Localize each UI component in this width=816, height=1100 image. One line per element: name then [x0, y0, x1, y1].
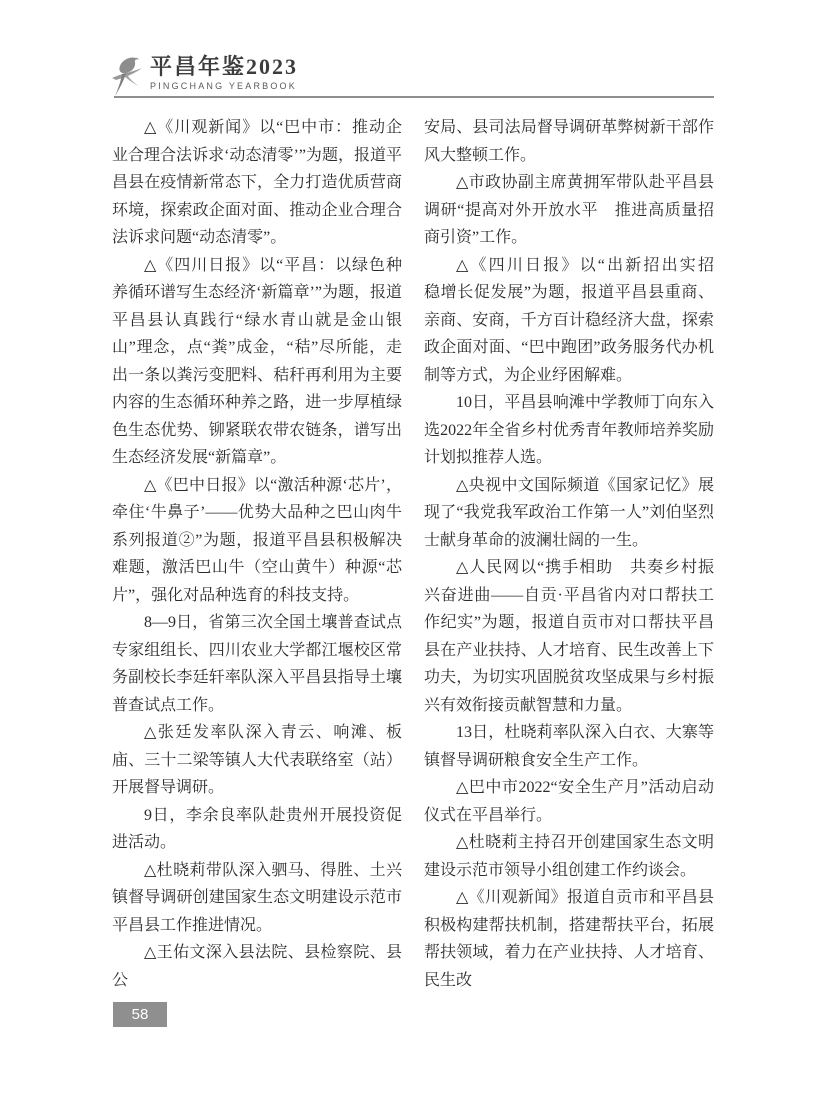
paragraph: △《川观新闻》以“巴中市：推动企业合理合法诉求‘动态清零’”为题，报道平昌县在疫… — [112, 114, 402, 252]
paragraph: △杜晓莉主持召开创建国家生态文明建设示范市领导小组创建工作约谈会。 — [424, 829, 714, 884]
title-block: 平昌年鉴2023 PINGCHANG YEARBOOK — [150, 54, 298, 91]
paragraph: 13日，杜晓莉率队深入白衣、大寨等镇督导调研粮食安全生产工作。 — [424, 719, 714, 774]
paragraph: △王佑文深入县法院、县检察院、县公 — [112, 939, 402, 994]
paragraph: △《四川日报》以“出新招出实招 稳增长促发展”为题，报道平昌县重商、亲商、安商，… — [424, 252, 714, 390]
yearbook-subtitle: PINGCHANG YEARBOOK — [150, 81, 298, 91]
paragraph: △《川观新闻》报道自贡市和平昌县积极构建帮扶机制，搭建帮扶平台，拓展帮扶领域，着… — [424, 884, 714, 994]
paragraph: △市政协副主席黄拥军带队赴平昌县调研“提高对外开放水平 推进高质量招商引资”工作… — [424, 169, 714, 252]
paragraph: △央视中文国际频道《国家记忆》展现了“我党我军政治工作第一人”刘伯坚烈士献身革命… — [424, 472, 714, 555]
yearbook-title: 平昌年鉴2023 — [150, 54, 298, 80]
left-column: △《川观新闻》以“巴中市：推动企业合理合法诉求‘动态清零’”为题，报道平昌县在疫… — [112, 114, 402, 994]
paragraph: △《四川日报》以“平昌：以绿色种养循环谱写生态经济‘新篇章’”为题，报道平昌县认… — [112, 252, 402, 472]
paragraph: 8—9日，省第三次全国土壤普查试点专家组组长、四川农业大学都江堰校区常务副校长李… — [112, 609, 402, 719]
paragraph-continuation: 安局、县司法局督导调研革弊树新干部作风大整顿工作。 — [424, 114, 714, 169]
header-divider — [114, 96, 714, 98]
paragraph: 10日，平昌县响滩中学教师丁向东入选2022年全省乡村优秀青年教师培养奖励计划拟… — [424, 389, 714, 472]
yearbook-logo-icon — [106, 52, 148, 98]
right-column: 安局、县司法局督导调研革弊树新干部作风大整顿工作。 △市政协副主席黄拥军带队赴平… — [424, 114, 714, 994]
page-number-badge: 58 — [113, 1002, 167, 1027]
yearbook-page: 平昌年鉴2023 PINGCHANG YEARBOOK △《川观新闻》以“巴中市… — [0, 0, 816, 1100]
paragraph: △张廷发率队深入青云、响滩、板庙、三十二梁等镇人大代表联络室（站）开展督导调研。 — [112, 719, 402, 802]
paragraph: △人民网以“携手相助 共奏乡村振兴奋进曲——自贡·平昌省内对口帮扶工作纪实”为题… — [424, 554, 714, 719]
paragraph: △《巴中日报》以“激活种源‘芯片’，牵住‘牛鼻子’——优势大品种之巴山肉牛系列报… — [112, 472, 402, 610]
paragraph: △杜晓莉带队深入驷马、得胜、土兴镇督导调研创建国家生态文明建设示范市平昌县工作推… — [112, 857, 402, 940]
paragraph: △巴中市2022“安全生产月”活动启动仪式在平昌举行。 — [424, 774, 714, 829]
paragraph: 9日，李余良率队赴贵州开展投资促进活动。 — [112, 802, 402, 857]
